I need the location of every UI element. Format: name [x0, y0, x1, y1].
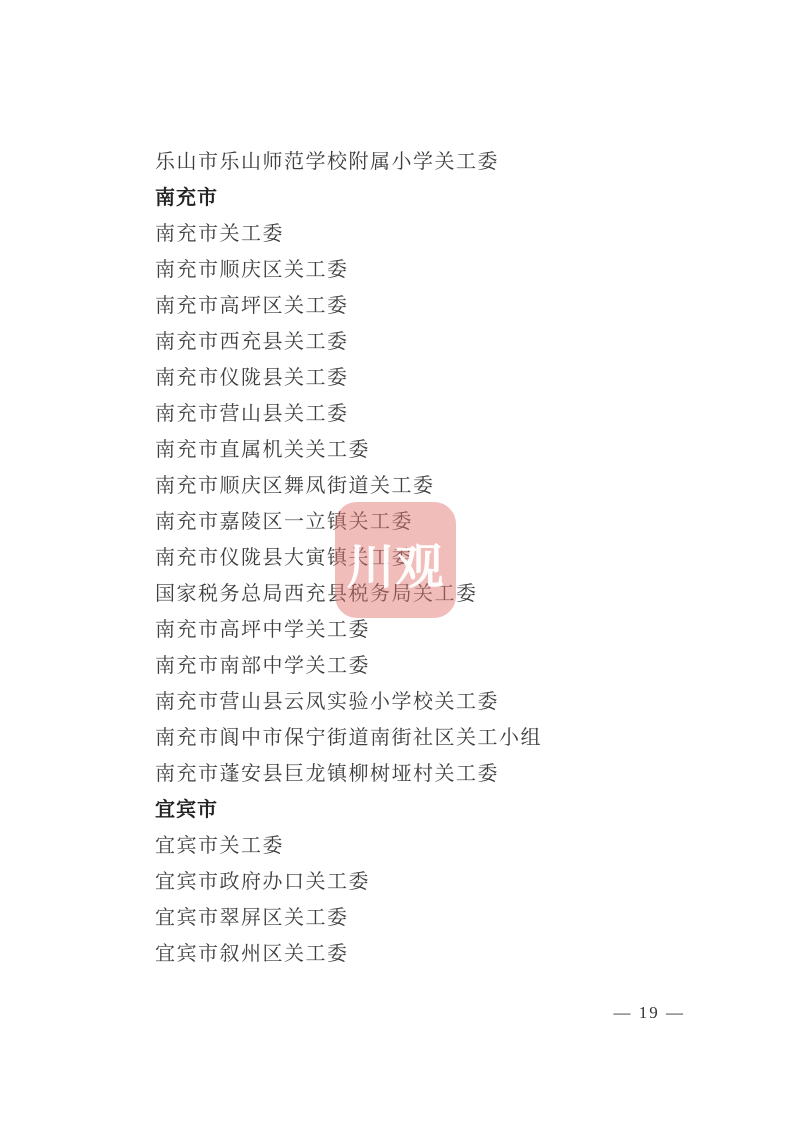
- list-item: 南充市高坪区关工委: [155, 288, 753, 324]
- section-header: 南充市: [155, 180, 753, 216]
- list-item: 南充市直属机关关工委: [155, 432, 753, 468]
- list-item: 宜宾市翠屏区关工委: [155, 900, 753, 936]
- list-item: 南充市嘉陵区一立镇关工委: [155, 504, 753, 540]
- page-number: — 19 —: [614, 1003, 686, 1023]
- list-item: 南充市顺庆区关工委: [155, 252, 753, 288]
- list-item: 宜宾市关工委: [155, 828, 753, 864]
- line-list: 乐山市乐山师范学校附属小学关工委南充市南充市关工委南充市顺庆区关工委南充市高坪区…: [155, 144, 753, 972]
- list-item: 南充市顺庆区舞凤街道关工委: [155, 468, 753, 504]
- list-item: 宜宾市政府办口关工委: [155, 864, 753, 900]
- list-item: 南充市西充县关工委: [155, 324, 753, 360]
- section-header: 宜宾市: [155, 792, 753, 828]
- list-item: 南充市阆中市保宁街道南街社区关工小组: [155, 720, 753, 756]
- list-item: 南充市蓬安县巨龙镇柳树垭村关工委: [155, 756, 753, 792]
- list-item: 南充市南部中学关工委: [155, 648, 753, 684]
- document-page: 乐山市乐山师范学校附属小学关工委南充市南充市关工委南充市顺庆区关工委南充市高坪区…: [0, 0, 793, 1122]
- list-item: 南充市仪陇县大寅镇关工委: [155, 540, 753, 576]
- list-item: 国家税务总局西充县税务局关工委: [155, 576, 753, 612]
- list-item: 南充市营山县云凤实验小学校关工委: [155, 684, 753, 720]
- list-item: 南充市仪陇县关工委: [155, 360, 753, 396]
- list-item: 宜宾市叙州区关工委: [155, 936, 753, 972]
- list-item: 南充市高坪中学关工委: [155, 612, 753, 648]
- list-item: 乐山市乐山师范学校附属小学关工委: [155, 144, 753, 180]
- list-item: 南充市关工委: [155, 216, 753, 252]
- list-item: 南充市营山县关工委: [155, 396, 753, 432]
